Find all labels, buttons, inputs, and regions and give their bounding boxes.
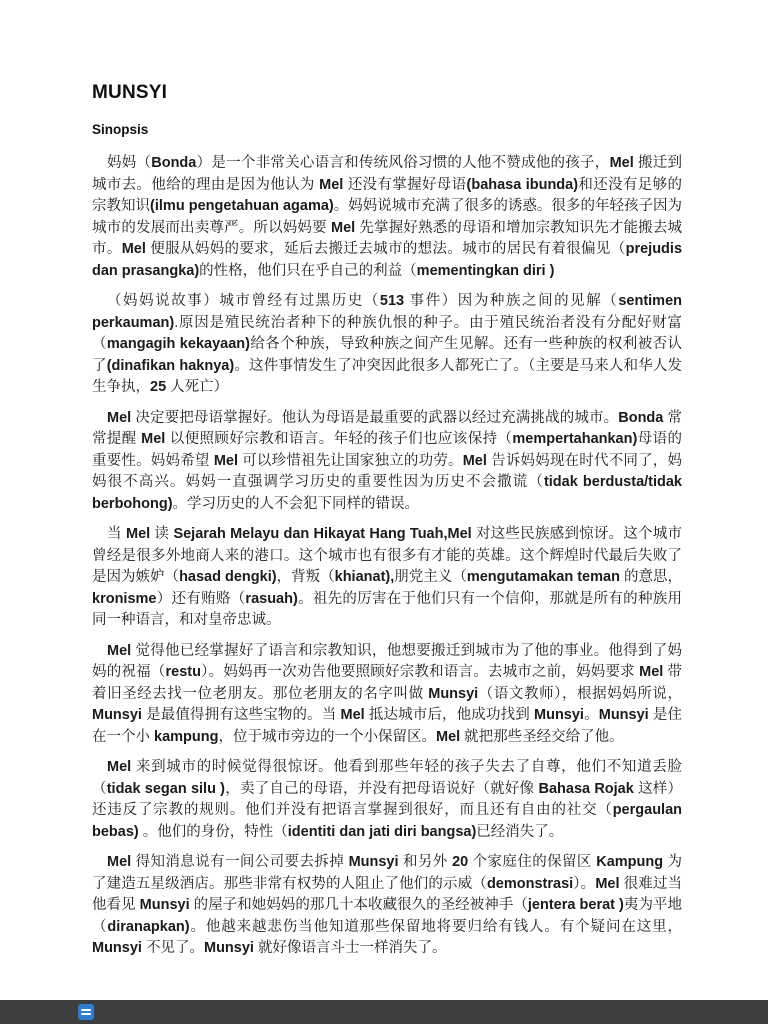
text-run: 。他们的身份，特性（ — [139, 824, 288, 840]
emphasis-term: Mel — [141, 431, 165, 447]
text-run: 得知消息说有一间公司要去拆掉 — [131, 854, 348, 870]
emphasis-term: Munsyi — [534, 707, 584, 723]
emphasis-term: Mel — [214, 453, 238, 469]
emphasis-term: mementingkan diri ) — [417, 263, 555, 279]
text-run: 人死亡） — [166, 379, 228, 395]
paragraph: Mel 得知消息说有一间公司要去拆掉 Munsyi 和另外 20 个家庭住的保留… — [92, 852, 682, 960]
icon-glyph — [81, 1013, 91, 1015]
text-run: 可以珍惜祖先让国家独立的功劳。 — [238, 453, 463, 469]
text-run: 的性格，他们只在乎自己的利益（ — [199, 263, 417, 279]
emphasis-term: Mel — [107, 643, 131, 659]
document-page: MUNSYI Sinopsis 妈妈（Bonda）是一个非常关心语言和传统风俗习… — [0, 0, 768, 1000]
viewer-bottom-bar — [0, 1000, 768, 1024]
emphasis-term: Sejarah Melayu dan Hikayat Hang Tuah,Mel — [173, 526, 471, 542]
text-run: 的意思， — [620, 569, 682, 585]
emphasis-term: mempertahankan) — [512, 431, 637, 447]
text-run: 妈妈（ — [107, 155, 151, 171]
paragraph: 当 Mel 读 Sejarah Melayu dan Hikayat Hang … — [92, 524, 682, 632]
emphasis-term: tidak segan silu ) — [107, 781, 225, 797]
emphasis-term: restu — [166, 664, 201, 680]
text-run: ，位于城市旁边的一个小保留区。 — [218, 729, 436, 745]
emphasis-term: (dinafikan haknya) — [107, 358, 235, 374]
paragraph: Mel 决定要把母语掌握好。他认为母语是最重要的武器以经过充满挑战的城市。Bon… — [92, 408, 682, 516]
emphasis-term: Mel — [331, 220, 355, 236]
document-title: MUNSYI — [92, 83, 682, 102]
text-run: 。他越来越悲伤当他知道那些保留地将要归给有钱人。有个疑问在这里， — [190, 919, 682, 935]
emphasis-term: diranapkan) — [107, 919, 189, 935]
text-run: ，卖了自己的母语，并没有把母语说好（就好像 — [225, 781, 538, 797]
text-run: 就好像语言斗士一样消失了。 — [254, 940, 447, 956]
emphasis-term: Mel — [595, 876, 619, 892]
emphasis-term: Munsyi — [92, 940, 142, 956]
emphasis-term: Mel — [436, 729, 460, 745]
emphasis-term: identiti dan jati diri bangsa) — [288, 824, 477, 840]
paragraph: 妈妈（Bonda）是一个非常关心语言和传统风俗习惯的人他不赞成他的孩子，Mel … — [92, 153, 682, 282]
emphasis-term: mangagih kekayaan) — [107, 336, 250, 352]
text-run: 就把那些圣经交给了他。 — [460, 729, 624, 745]
document-app-icon[interactable] — [78, 1004, 94, 1020]
emphasis-term: Mel — [319, 177, 343, 193]
emphasis-term: Mel — [107, 410, 131, 426]
emphasis-term: khianat), — [335, 569, 395, 585]
text-run: 便服从妈妈的要求，延后去搬迁去城市的想法。城市的居民有着很偏见（ — [146, 241, 626, 257]
emphasis-term: kronisme — [92, 591, 156, 607]
text-run: 抵达城市后，他成功找到 — [365, 707, 534, 723]
emphasis-term: Munsyi — [428, 686, 478, 702]
emphasis-term: mengutamakan teman — [467, 569, 620, 585]
text-run: 是最值得拥有这些宝物的。当 — [142, 707, 341, 723]
emphasis-term: Mel — [126, 526, 150, 542]
emphasis-term: Kampung — [596, 854, 663, 870]
text-run: 以便照顾好宗教和语言。年轻的孩子们也应该保持（ — [165, 431, 512, 447]
text-run: ，背叛（ — [277, 569, 335, 585]
emphasis-term: (bahasa ibunda) — [467, 177, 579, 193]
emphasis-term: Mel — [463, 453, 487, 469]
emphasis-term: Munsyi — [140, 897, 190, 913]
emphasis-term: rasuah) — [245, 591, 297, 607]
text-run: 读 — [150, 526, 173, 542]
text-run: ）。妈妈再一次劝告他要照顾好宗教和语言。去城市之前，妈妈要求 — [201, 664, 639, 680]
emphasis-term: Bonda — [151, 155, 196, 171]
emphasis-term: 20 — [452, 854, 468, 870]
section-heading-sinopsis: Sinopsis — [92, 123, 682, 137]
emphasis-term: Mel — [122, 241, 146, 257]
emphasis-term: 513 — [380, 293, 404, 309]
emphasis-term: 25 — [150, 379, 166, 395]
emphasis-term: Munsyi — [204, 940, 254, 956]
text-run: 已经消失了。 — [476, 824, 563, 840]
paragraph: Mel 觉得他已经掌握好了语言和宗教知识，他想要搬迁到城市为了他的事业。他得到了… — [92, 641, 682, 749]
emphasis-term: jentera berat ) — [528, 897, 624, 913]
text-run: （语文教师），根据妈妈所说， — [478, 686, 682, 702]
text-run: ）。 — [573, 876, 595, 892]
emphasis-term: Mel — [341, 707, 365, 723]
text-run: 。 — [584, 707, 599, 723]
text-run: 不见了。 — [142, 940, 204, 956]
text-run: 当 — [107, 526, 126, 542]
paragraph: Mel 来到城市的时候觉得很惊讶。他看到那些年轻的孩子失去了自尊，他们不知道丢脸… — [92, 757, 682, 843]
text-run: 还没有掌握好母语 — [343, 177, 466, 193]
text-run: ）是一个非常关心语言和传统风俗习惯的人他不赞成他的孩子， — [196, 155, 609, 171]
emphasis-term: Bonda — [618, 410, 663, 426]
text-run: 和另外 — [399, 854, 453, 870]
text-run: 。学习历史的人不会犯下同样的错误。 — [173, 496, 420, 512]
paragraph: （妈妈说故事）城市曾经有过黑历史（513 事件）因为种族之间的见解（sentim… — [92, 291, 682, 399]
text-run: 决定要把母语掌握好。他认为母语是最重要的武器以经过充满挑战的城市。 — [131, 410, 618, 426]
emphasis-term: Mel — [107, 854, 131, 870]
text-run: 朋党主义（ — [394, 569, 467, 585]
emphasis-term: kampung — [154, 729, 218, 745]
emphasis-term: hasad dengki) — [179, 569, 277, 585]
emphasis-term: Munsyi — [92, 707, 142, 723]
emphasis-term: Mel — [610, 155, 634, 171]
emphasis-term: demonstrasi — [487, 876, 573, 892]
emphasis-term: (ilmu pengetahuan agama) — [150, 198, 334, 214]
emphasis-term: Munsyi — [599, 707, 649, 723]
text-run: （妈妈说故事）城市曾经有过黑历史（ — [107, 293, 380, 309]
text-run: 事件）因为种族之间的见解（ — [404, 293, 618, 309]
emphasis-term: Bahasa Rojak — [539, 781, 634, 797]
emphasis-term: Mel — [639, 664, 663, 680]
document-body: 妈妈（Bonda）是一个非常关心语言和传统风俗习惯的人他不赞成他的孩子，Mel … — [92, 153, 682, 960]
text-run: 的屋子和她妈妈的那几十本收藏很久的圣经被神手（ — [190, 897, 528, 913]
emphasis-term: Munsyi — [349, 854, 399, 870]
icon-glyph — [81, 1009, 91, 1011]
text-run: 个家庭住的保留区 — [468, 854, 596, 870]
emphasis-term: Mel — [107, 759, 131, 775]
text-run: ）还有贿赂（ — [156, 591, 245, 607]
